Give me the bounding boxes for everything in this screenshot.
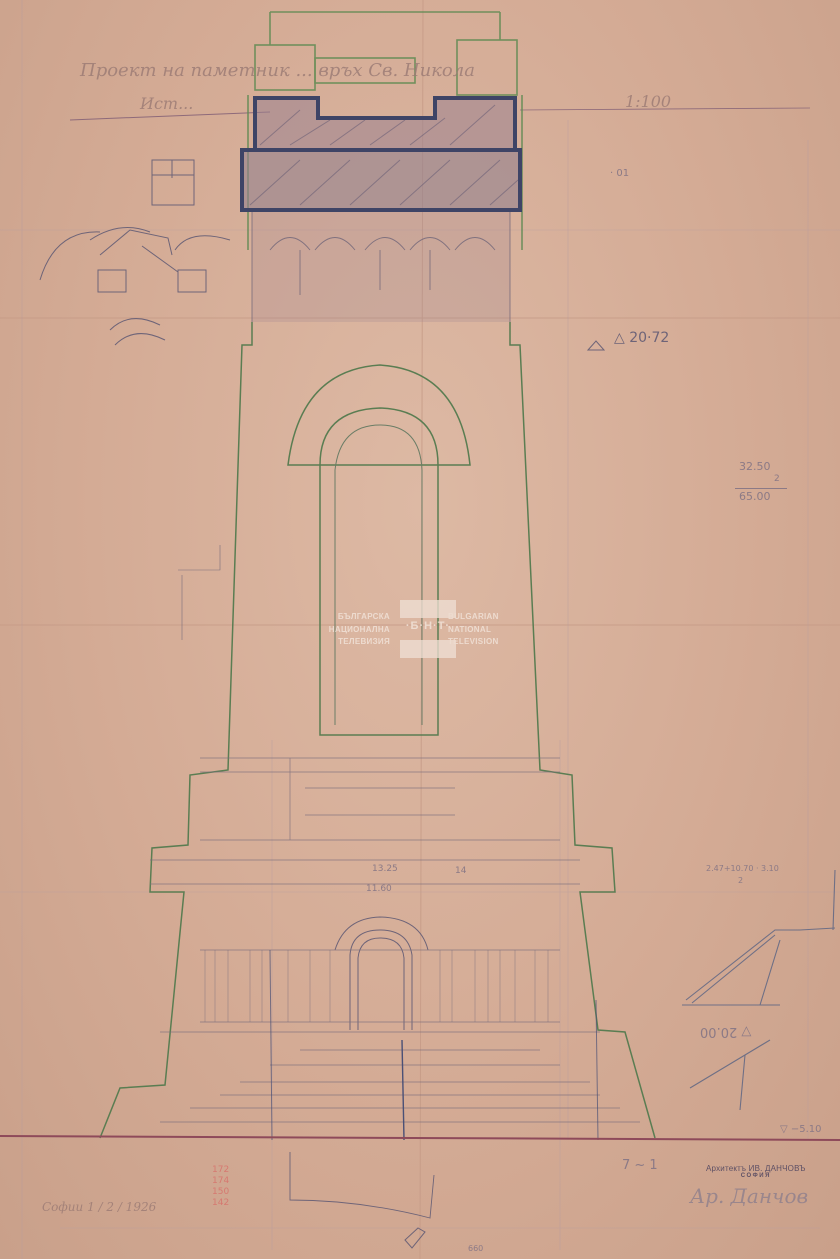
right-calc: 2.47+10.70 · 3.10 — [706, 864, 779, 873]
architect-stamp: Архитектъ ИВ. ДАНЧОВЪ СОФИЯ — [706, 1164, 806, 1179]
bnt-watermark: БЪЛГАРСКА НАЦИОНАЛНА ТЕЛЕВИЗИЯ ·Б·Н·Т· B… — [310, 600, 530, 658]
dim-right: 14 — [455, 866, 466, 876]
watermark-line: BULGARIAN — [448, 611, 499, 624]
watermark-left-text: БЪЛГАРСКА НАЦИОНАЛНА ТЕЛЕВИЗИЯ — [329, 611, 390, 649]
architect-signature: Ар. Данчов — [690, 1184, 808, 1208]
red-number: 150 — [212, 1187, 229, 1198]
calc-divisor: 2 — [774, 474, 780, 484]
watermark-line: TELEVISION — [448, 636, 499, 649]
dim-width-1: 13.25 — [372, 864, 398, 874]
calc-top: 32.50 — [739, 460, 771, 473]
red-numbers: 172 174 150 142 — [212, 1165, 229, 1209]
watermark-line: NATIONAL — [448, 624, 499, 637]
title-handwriting-line2-left: Ист... — [140, 94, 193, 113]
right-calc-divisor: 2 — [738, 876, 743, 885]
upper-note: · 01 — [610, 168, 629, 179]
ground-level-mark: ▽ −5.10 — [780, 1124, 822, 1135]
title-handwriting-line1: Проект на паметник ... връх Св. Никола — [80, 60, 475, 81]
dim-width-2: 11.60 — [366, 884, 392, 894]
bottom-dim: 660 — [468, 1244, 483, 1253]
watermark-right-text: BULGARIAN NATIONAL TELEVISION — [448, 611, 499, 649]
elevation-mark: △ 20·72 — [614, 330, 669, 346]
bottom-page-mark: 7 ~ 1 — [622, 1158, 658, 1173]
watermark-line: ТЕЛЕВИЗИЯ — [329, 636, 390, 649]
red-number: 172 — [212, 1165, 229, 1176]
stamp-line1: Архитектъ ИВ. ДАНЧОВЪ — [706, 1164, 806, 1173]
watermark-line: БЪЛГАРСКА — [329, 611, 390, 624]
red-number: 142 — [212, 1198, 229, 1209]
bottom-left-note: Софии 1 / 2 / 1926 — [42, 1200, 156, 1214]
red-number: 174 — [212, 1176, 229, 1187]
title-scale: 1:100 — [625, 92, 671, 111]
calc-divider — [735, 488, 787, 489]
drawing-sheet: Проект на паметник ... връх Св. Никола И… — [0, 0, 840, 1259]
right-level-mark: ▽ 20.00 — [700, 1024, 751, 1039]
calc-result: 65.00 — [739, 490, 771, 503]
watermark-line: НАЦИОНАЛНА — [329, 624, 390, 637]
stamp-line2: СОФИЯ — [706, 1173, 806, 1179]
